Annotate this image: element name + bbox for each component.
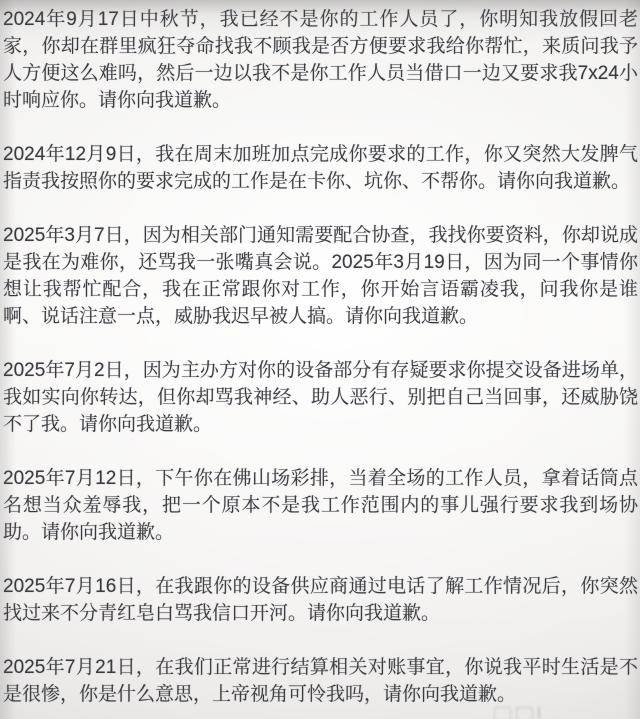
paragraph-2025-07-21-clipped: 2025年7月21日，在我们正常进行结算相关对账事宜，你说我平时生活是不是很惨，… <box>3 654 638 708</box>
faint-mark-icon <box>494 707 511 719</box>
paragraph-2025-07-16: 2025年7月16日，在我跟你的设备供应商通过电话了解工作情况后，你突然找过来不… <box>3 573 638 627</box>
faint-mark-icon <box>516 707 533 719</box>
paragraph-2025-03-07: 2025年3月7日，因为相关部门通知需要配合协查，我找你要资料，你却说成是我在为… <box>3 222 638 330</box>
faint-mark-icon <box>538 707 546 719</box>
paragraph-2025-07-02: 2025年7月2日，因为主办方对你的设备部分有存疑要求你提交设备进场单，我如实向… <box>3 357 638 438</box>
photo-of-text-page: 2024年9月17日中秋节，我已经不是你的工作人员了，你明知我放假回老家，你却在… <box>0 0 640 719</box>
faint-cutoff-marks <box>494 707 546 719</box>
complaint-text-body: 2024年9月17日中秋节，我已经不是你的工作人员了，你明知我放假回老家，你却在… <box>0 0 640 708</box>
paragraph-2024-12-09: 2024年12月9日，我在周末加班加点完成你要求的工作，你又突然大发脾气指责我按… <box>3 141 638 195</box>
paragraph-2025-07-12: 2025年7月12日，下午你在佛山场彩排，当着全场的工作人员，拿着话筒点名想当众… <box>3 465 638 546</box>
paragraph-2024-09-17: 2024年9月17日中秋节，我已经不是你的工作人员了，你明知我放假回老家，你却在… <box>3 6 638 114</box>
